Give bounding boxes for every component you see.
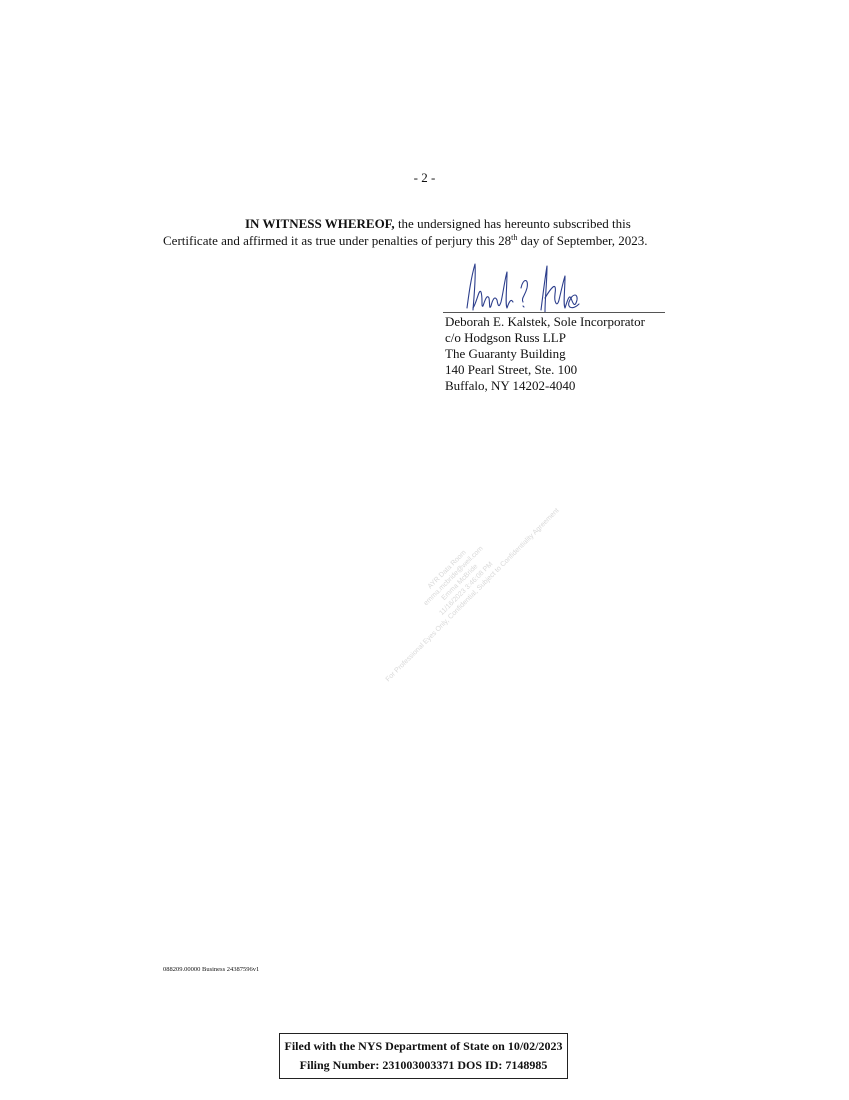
document-id: 088209.00000 Business 24387596v1 (163, 966, 259, 973)
witness-line-2-post: day of September, 2023. (517, 233, 647, 248)
watermark-line: Emma McBride (344, 466, 577, 699)
watermark-line: For Professional Eyes Only, Confidential… (356, 479, 589, 712)
watermark-line: AYR Data Room (331, 453, 564, 686)
witness-line-2-pre: Certificate and affirmed it as true unde… (163, 233, 511, 248)
address-line: The Guaranty Building (445, 346, 645, 362)
watermark-line: 11/16/2023 3:46:08 PM (350, 473, 583, 706)
signer-name: Deborah E. Kalstek, Sole Incorporator (445, 314, 645, 330)
page-number: - 2 - (0, 170, 849, 186)
filing-stamp-line-2: Filing Number: 231003003371 DOS ID: 7148… (280, 1056, 567, 1075)
address-line: c/o Hodgson Russ LLP (445, 330, 645, 346)
filing-stamp-line-1: Filed with the NYS Department of State o… (280, 1037, 567, 1056)
confidentiality-watermark: AYR Data Room emma.mcbride@weil.com Emma… (331, 453, 589, 711)
witness-clause: IN WITNESS WHEREOF, the undersigned has … (163, 215, 683, 249)
handwritten-signature-icon (461, 258, 581, 314)
witness-line-1-text: the undersigned has hereunto subscribed … (395, 216, 631, 231)
filing-stamp: Filed with the NYS Department of State o… (279, 1033, 568, 1079)
document-page: - 2 - IN WITNESS WHEREOF, the undersigne… (0, 0, 849, 1100)
signature-line (443, 312, 665, 313)
witness-line-2: Certificate and affirmed it as true unde… (163, 232, 683, 249)
address-line: 140 Pearl Street, Ste. 100 (445, 362, 645, 378)
witness-line-1: IN WITNESS WHEREOF, the undersigned has … (163, 215, 683, 232)
address-line: Buffalo, NY 14202-4040 (445, 378, 645, 394)
signer-details: Deborah E. Kalstek, Sole Incorporator c/… (445, 314, 645, 394)
watermark-line: emma.mcbride@weil.com (337, 460, 570, 693)
witness-bold-lead: IN WITNESS WHEREOF, (245, 216, 395, 231)
